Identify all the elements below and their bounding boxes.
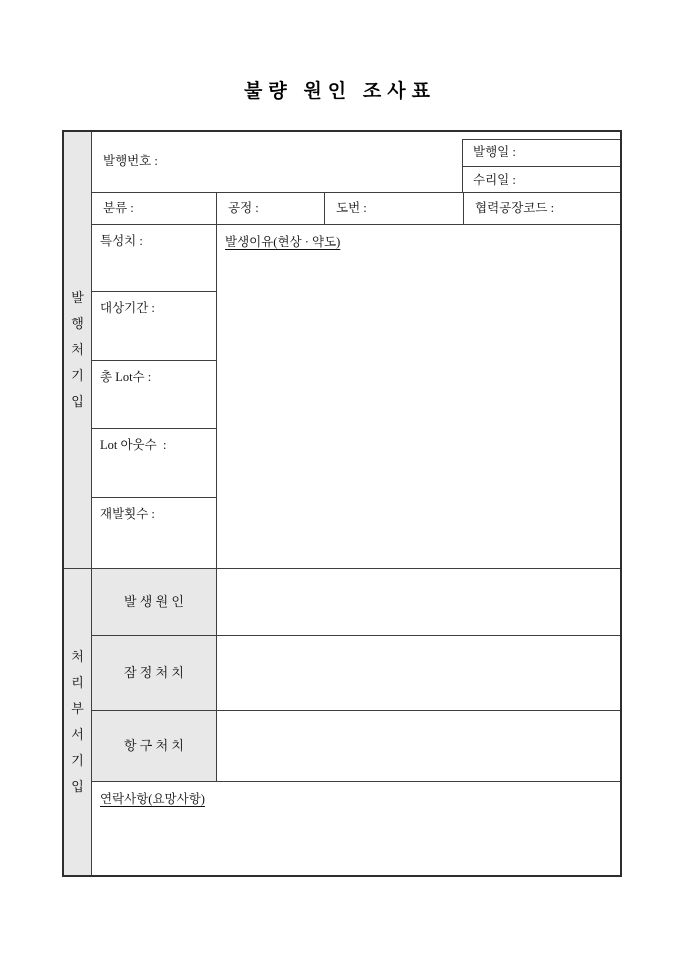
occurrence-cause-label: 발 생 원 인: [124, 594, 184, 610]
issue-date-cell: 발행일 :: [463, 140, 620, 167]
handler-section-label: 처리부서기입: [70, 644, 85, 800]
repair-date-label: 수리일 :: [473, 173, 516, 189]
occurrence-cause-entry-area: [217, 569, 620, 636]
process-cell: 공정 :: [217, 193, 325, 225]
form-table: 발행처기입 처리부서기입 발행번호 : 발행일 : 수리일 : 분류 : 공정 …: [62, 130, 622, 877]
issue-date-label: 발행일 :: [473, 145, 516, 161]
total-lot-label: 총 Lot수 :: [100, 370, 151, 384]
permanent-action-entry-area: [217, 711, 620, 782]
recurrence-count-cell: 재발횟수 :: [92, 498, 217, 569]
issuer-section-label: 발행처기입: [70, 285, 85, 415]
drawing-no-label: 도번 :: [336, 201, 367, 217]
total-lot-cell: 총 Lot수 :: [92, 361, 217, 429]
occurrence-cause-cell: 발 생 원 인: [92, 569, 217, 636]
occurrence-reason-cell: 발생이유(현상 · 약도): [217, 225, 620, 569]
permanent-action-label: 항 구 처 치: [124, 738, 184, 754]
category-cell: 분류 :: [92, 193, 217, 225]
form-title: 불량 원인 조사표: [0, 76, 680, 103]
recurrence-count-label: 재발횟수 :: [100, 507, 155, 521]
repair-date-cell: 수리일 :: [463, 167, 620, 194]
occurrence-reason-header: 발생이유(현상 · 약도): [225, 235, 340, 249]
partner-code-cell: 협력공장코드 :: [464, 193, 620, 225]
target-period-label: 대상기간 :: [100, 301, 155, 315]
characteristic-label: 특성치 :: [100, 234, 143, 248]
contact-notes-header: 연락사항(요망사항): [100, 792, 205, 806]
contact-notes-cell: 연락사항(요망사항): [92, 782, 620, 875]
category-label: 분류 :: [103, 201, 134, 217]
drawing-no-cell: 도번 :: [325, 193, 464, 225]
handler-section-band: 처리부서기입: [64, 569, 92, 875]
partner-code-label: 협력공장코드 :: [475, 201, 554, 217]
temporary-action-cell: 잠 정 처 치: [92, 636, 217, 711]
temporary-action-label: 잠 정 처 치: [124, 665, 184, 681]
target-period-cell: 대상기간 :: [92, 292, 217, 361]
document-page: 불량 원인 조사표 발행처기입 처리부서기입 발행번호 : 발행일 : 수리일 …: [0, 0, 680, 962]
lot-out-label: Lot 아웃수 :: [100, 438, 166, 452]
lot-out-cell: Lot 아웃수 :: [92, 429, 217, 498]
issuer-section-band: 발행처기입: [64, 132, 92, 569]
characteristic-cell: 특성치 :: [92, 225, 217, 292]
date-box: 발행일 : 수리일 :: [462, 139, 620, 193]
issue-number-label: 발행번호 :: [103, 154, 158, 170]
permanent-action-cell: 항 구 처 치: [92, 711, 217, 782]
temporary-action-entry-area: [217, 636, 620, 711]
process-label: 공정 :: [228, 201, 259, 217]
